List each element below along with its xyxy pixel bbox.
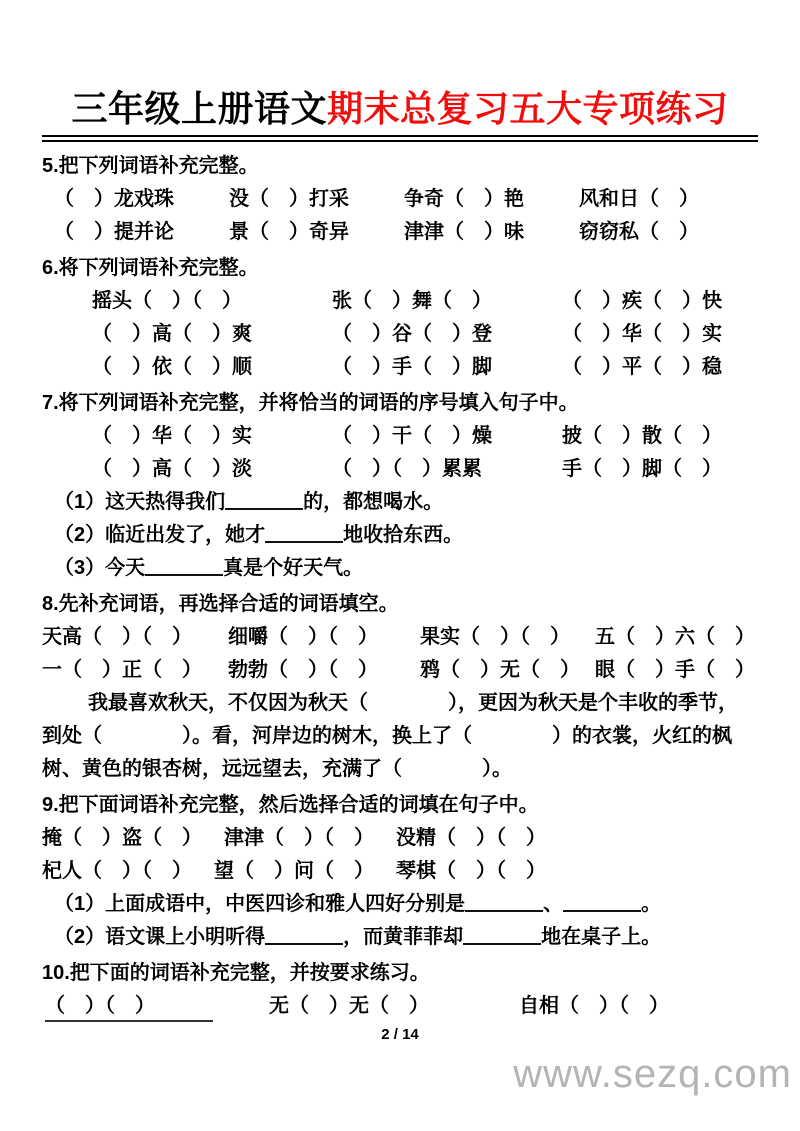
sentence: （2）语文课上小明听得，而黄菲菲却地在桌子上。	[42, 925, 758, 949]
word-row: （ ）龙戏珠 没（ ）打采 争奇（ ）艳 风和日（ ）	[42, 187, 758, 211]
word-item: 一（ ）正（ ）	[42, 658, 228, 682]
word-item: （ ）华（ ）实	[92, 424, 332, 448]
word-item: 勃勃（ ）（ ）	[228, 658, 420, 682]
word-item: （ ）干（ ）燥	[332, 424, 562, 448]
sentence: （1）这天热得我们的，都想喝水。	[42, 490, 758, 514]
section-5-heading: 5.把下列词语补充完整。	[42, 154, 758, 178]
sentence-text: （2）临近出发了，她才	[54, 524, 265, 546]
word-item: 鸦（ ）无（ ）	[420, 658, 595, 682]
sentence: （3）今天真是个好天气。	[42, 556, 758, 580]
word-item: （ ）平（ ）稳	[562, 355, 758, 379]
word-item: （ ）高（ ）爽	[92, 322, 332, 346]
fill-in-blank	[265, 941, 343, 945]
sentence-text: 地在桌子上。	[541, 926, 661, 948]
fill-in-blank	[463, 941, 541, 945]
word-item: 果实（ ）（ ）	[420, 625, 595, 649]
word-row: （ ）提并论 景（ ）奇异 津津（ ）味 窃窃私（ ）	[42, 220, 758, 244]
paragraph-line: 我最喜欢秋天，不仅因为秋天（ ），更因为秋天是个丰收的季节，	[42, 691, 758, 715]
word-item: 眼（ ）手（ ）	[595, 658, 758, 682]
word-item: 窃窃私（ ）	[579, 220, 758, 244]
word-item: 望（ ）问（ ）	[214, 859, 374, 883]
fill-in-blank	[265, 539, 343, 543]
word-row: 杞人（ ）（ ） 望（ ）问（ ） 琴棋（ ）（ ）	[42, 859, 758, 883]
word-item: （ ）提并论	[54, 220, 229, 244]
word-item: 细嚼（ ）（ ）	[228, 625, 420, 649]
word-item: 掩（ ）盗（ ）	[42, 826, 202, 850]
word-item: （ ）（ ）累累	[332, 457, 562, 481]
word-item: 张（ ）舞（ ）	[332, 289, 562, 313]
word-row: （ ）华（ ）实 （ ）干（ ）燥 披（ ）散（ ）	[42, 424, 758, 448]
word-item: （ ）依（ ）顺	[92, 355, 332, 379]
word-item: （ ）疾（ ）快	[562, 289, 758, 313]
fill-in-blank	[465, 908, 543, 912]
word-item: 琴棋（ ）（ ）	[396, 859, 546, 883]
watermark: www.sezq.com	[513, 1052, 792, 1097]
fill-in-blank	[225, 506, 303, 510]
word-item: 津津（ ）（ ）	[224, 826, 374, 850]
paragraph-line: 树、黄色的银杏树，远远望去，充满了（ ）。	[42, 757, 758, 781]
word-item: 无（ ）无（ ）	[269, 994, 429, 1022]
word-row: 天高（ ）（ ） 细嚼（ ）（ ） 果实（ ）（ ） 五（ ）六（ ）	[42, 625, 758, 649]
sentence-text: 、	[543, 893, 563, 915]
word-item: （ ）高（ ）淡	[92, 457, 332, 481]
word-item-underlined: （ ）（ ）	[45, 994, 213, 1022]
sentence-text: ，而黄菲菲却	[343, 926, 463, 948]
word-item: 摇头（ ）（ ）	[92, 289, 332, 313]
sentence: （2）临近出发了，她才地收拾东西。	[42, 523, 758, 547]
word-item: 天高（ ）（ ）	[42, 625, 228, 649]
word-item: （ ）手（ ）脚	[332, 355, 562, 379]
word-item: 没（ ）打采	[229, 187, 404, 211]
word-item: 争奇（ ）艳	[404, 187, 579, 211]
sentence-text: （3）今天	[54, 557, 145, 579]
word-item: 手（ ）脚（ ）	[562, 457, 758, 481]
page-title-red: 期末总复习五大专项练习	[327, 88, 729, 129]
fill-in-blank	[563, 908, 641, 912]
word-row: （ ）（ ） 无（ ）无（ ） 自相（ ）（ ）	[42, 994, 758, 1022]
sentence: （1）上面成语中，中医四诊和雅人四好分别是、。	[42, 892, 758, 916]
word-item: 五（ ）六（ ）	[595, 625, 758, 649]
word-item: 景（ ）奇异	[229, 220, 404, 244]
worksheet-page: 三年级上册语文期末总复习五大专项练习 5.把下列词语补充完整。 （ ）龙戏珠 没…	[0, 0, 800, 1131]
page-title-black: 三年级上册语文	[71, 88, 327, 129]
paragraph-line: 到处（ ）。看，河岸边的树木，换上了（ ）的衣裳，火红的枫	[42, 724, 758, 748]
word-row: （ ）高（ ）爽 （ ）谷（ ）登 （ ）华（ ）实	[42, 322, 758, 346]
word-item: 没精（ ）（ ）	[396, 826, 546, 850]
section-10-heading: 10.把下面的词语补充完整，并按要求练习。	[42, 961, 758, 985]
word-item: （ ）谷（ ）登	[332, 322, 562, 346]
sentence-text: 真是个好天气。	[223, 557, 363, 579]
word-item: （ ）华（ ）实	[562, 322, 758, 346]
sentence-text: （1）上面成语中，中医四诊和雅人四好分别是	[54, 893, 465, 915]
section-8-heading: 8.先补充词语，再选择合适的词语填空。	[42, 592, 758, 616]
sentence-text: 地收拾东西。	[343, 524, 463, 546]
word-item: 津津（ ）味	[404, 220, 579, 244]
word-item: 杞人（ ）（ ）	[42, 859, 192, 883]
section-7-heading: 7.将下列词语补充完整，并将恰当的词语的序号填入句子中。	[42, 391, 758, 415]
sentence-text: （1）这天热得我们	[54, 491, 225, 513]
sentence-text: 。	[641, 893, 661, 915]
word-row: （ ）依（ ）顺 （ ）手（ ）脚 （ ）平（ ）稳	[42, 355, 758, 379]
page-number: 2 / 14	[0, 1026, 800, 1043]
word-row: 掩（ ）盗（ ） 津津（ ）（ ） 没精（ ）（ ）	[42, 826, 758, 850]
word-item: 风和日（ ）	[579, 187, 758, 211]
page-title: 三年级上册语文期末总复习五大专项练习	[42, 86, 758, 142]
word-item: （ ）龙戏珠	[54, 187, 229, 211]
word-item: 披（ ）散（ ）	[562, 424, 758, 448]
fill-in-blank	[145, 572, 223, 576]
word-row: （ ）高（ ）淡 （ ）（ ）累累 手（ ）脚（ ）	[42, 457, 758, 481]
word-item: 自相（ ）（ ）	[519, 994, 669, 1022]
sentence-text: 的，都想喝水。	[303, 491, 443, 513]
sentence-text: （2）语文课上小明听得	[54, 926, 265, 948]
section-9-heading: 9.把下面词语补充完整，然后选择合适的词填在句子中。	[42, 793, 758, 817]
word-row: 一（ ）正（ ） 勃勃（ ）（ ） 鸦（ ）无（ ） 眼（ ）手（ ）	[42, 658, 758, 682]
word-row: 摇头（ ）（ ） 张（ ）舞（ ） （ ）疾（ ）快	[42, 289, 758, 313]
section-6-heading: 6.将下列词语补充完整。	[42, 256, 758, 280]
